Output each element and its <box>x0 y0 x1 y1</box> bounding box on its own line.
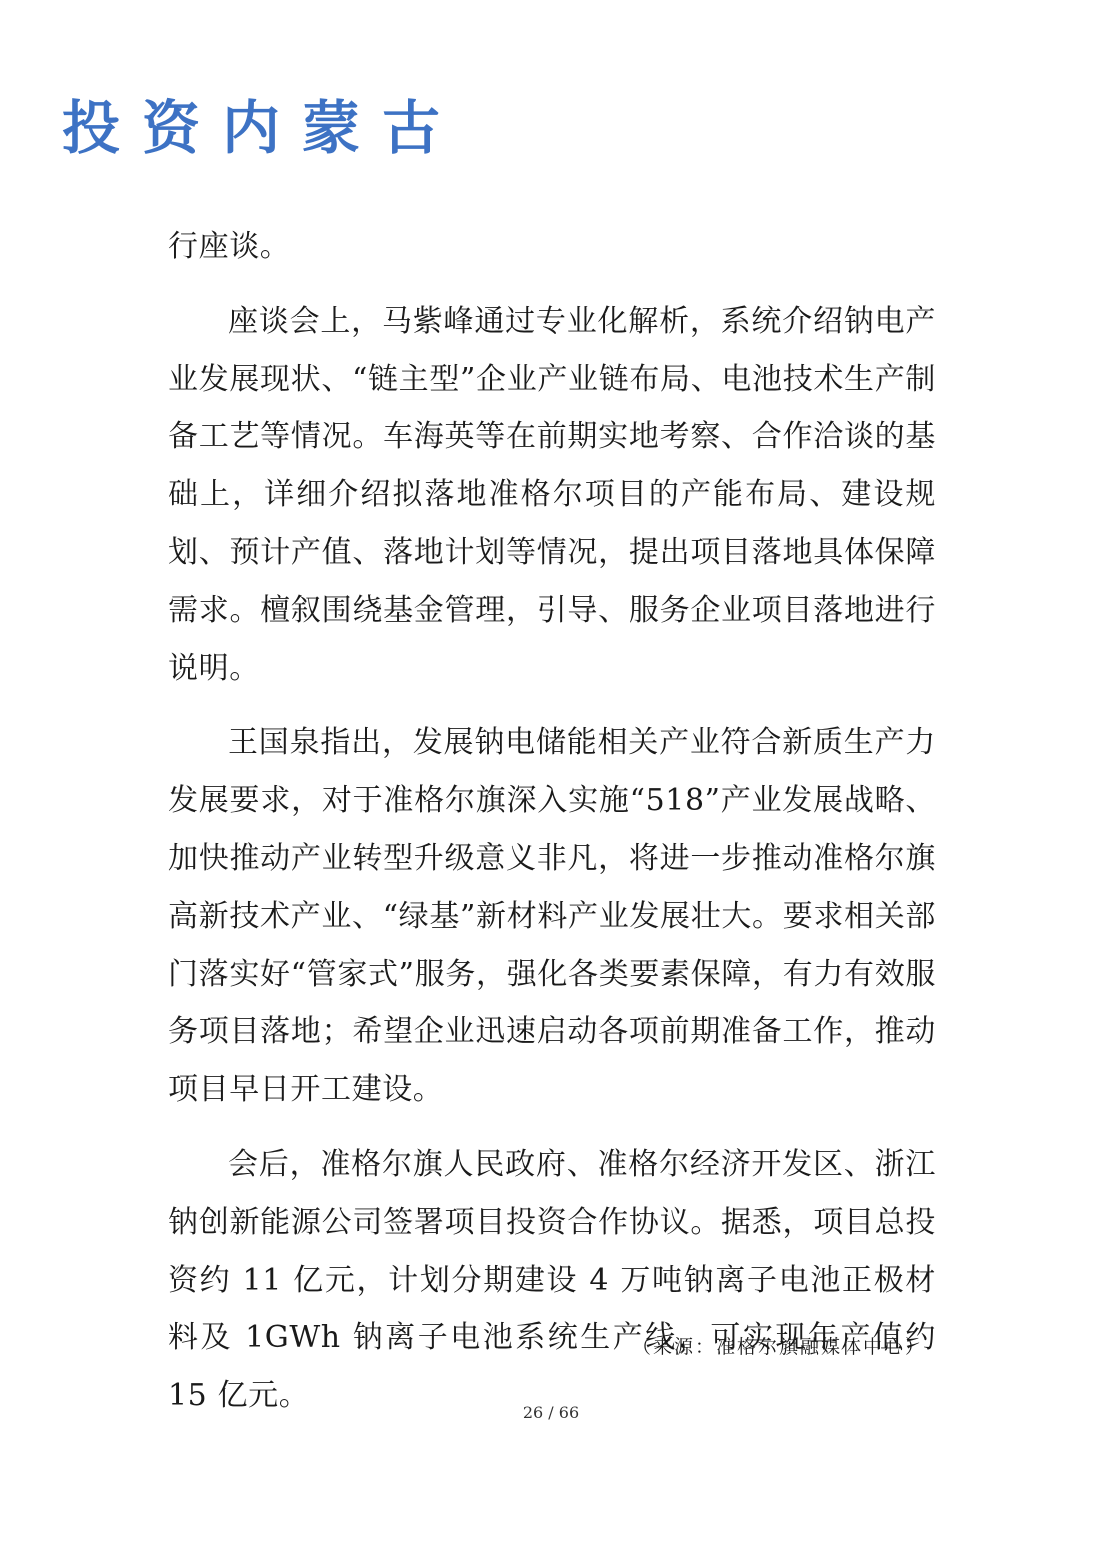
paragraph-remarks: 王国泉指出，发展钠电储能相关产业符合新质生产力发展要求，对于准格尔旗深入实施“5… <box>168 714 936 1119</box>
header-title: 投资内蒙古 <box>62 92 462 164</box>
paragraph-symposium: 座谈会上，马紫峰通过专业化解析，系统介绍钠电产业发展现状、“链主型”企业产业链布… <box>168 293 936 698</box>
page-number: 26 / 66 <box>0 1402 1102 1424</box>
article-body: 行座谈。 座谈会上，马紫峰通过专业化解析，系统介绍钠电产业发展现状、“链主型”企… <box>168 218 936 1425</box>
paragraph-agreement: 会后，准格尔旗人民政府、准格尔经济开发区、浙江钠创新能源公司签署项目投资合作协议… <box>168 1136 936 1425</box>
paragraph-continuation: 行座谈。 <box>168 218 936 276</box>
source-attribution: （来源：准格尔旗融媒体中心） <box>632 1332 926 1362</box>
